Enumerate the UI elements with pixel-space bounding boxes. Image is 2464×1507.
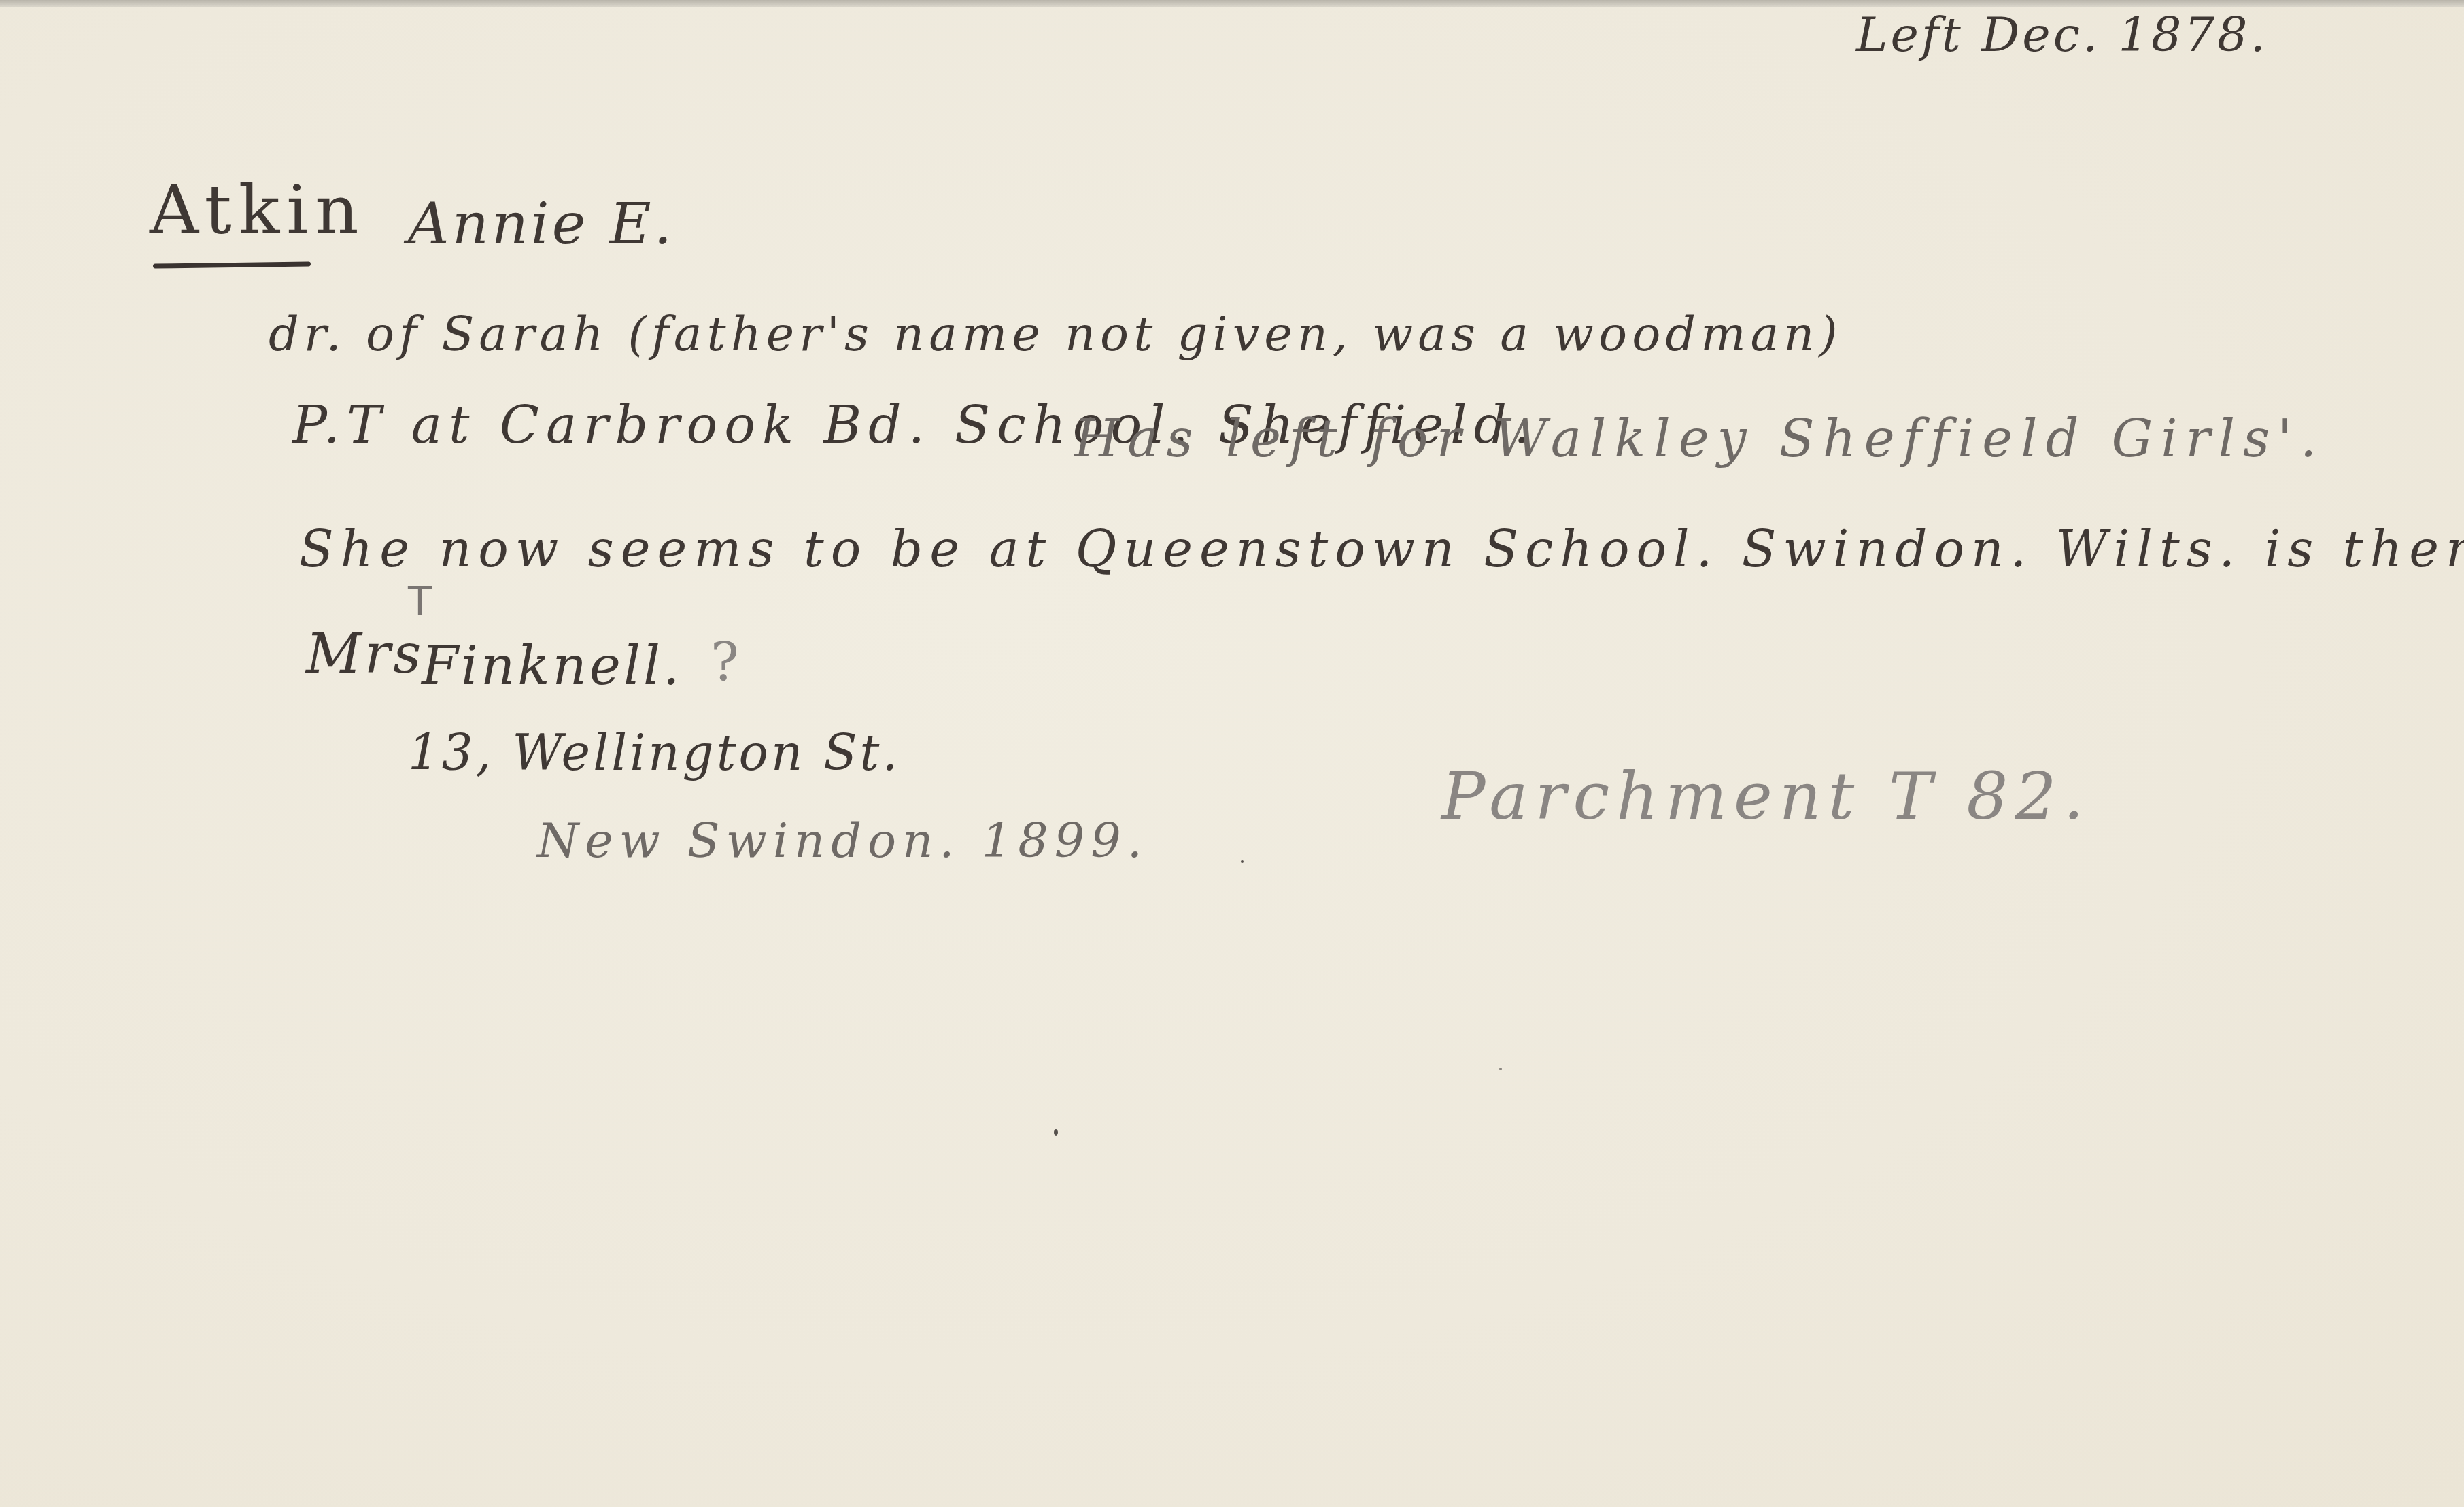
current-school-line: She now seems to be at Queenstown School… xyxy=(299,520,2464,579)
ink-speck xyxy=(1054,1129,1058,1136)
page-top-edge xyxy=(0,0,2464,7)
parentage-line: dr. of Sarah (father's name not given, w… xyxy=(269,306,1843,362)
town-year: New Swindon. 1899. xyxy=(537,813,1148,868)
street-address: 13, Wellington St. xyxy=(408,724,900,781)
addressee-name: Finknell. xyxy=(422,636,683,697)
forename: Annie E. xyxy=(408,190,674,257)
left-date-note: Left Dec. 1878. xyxy=(1856,7,2268,63)
query-mark: ? xyxy=(711,632,742,694)
ink-speck xyxy=(1499,1068,1502,1070)
surname: Atkin xyxy=(150,170,366,250)
name-prefix: Mrs xyxy=(306,622,424,685)
register-page: Left Dec. 1878. Atkin Annie E. dr. of Sa… xyxy=(0,7,2464,1507)
surname-underline xyxy=(153,261,311,268)
correction-caret-mark: T xyxy=(408,578,432,624)
left-for-line: Has left for Walkley Sheffield Girls'. xyxy=(1074,408,2325,469)
ink-speck xyxy=(1241,860,1244,863)
parchment-annotation: Parchment T 82. xyxy=(1441,758,2091,834)
